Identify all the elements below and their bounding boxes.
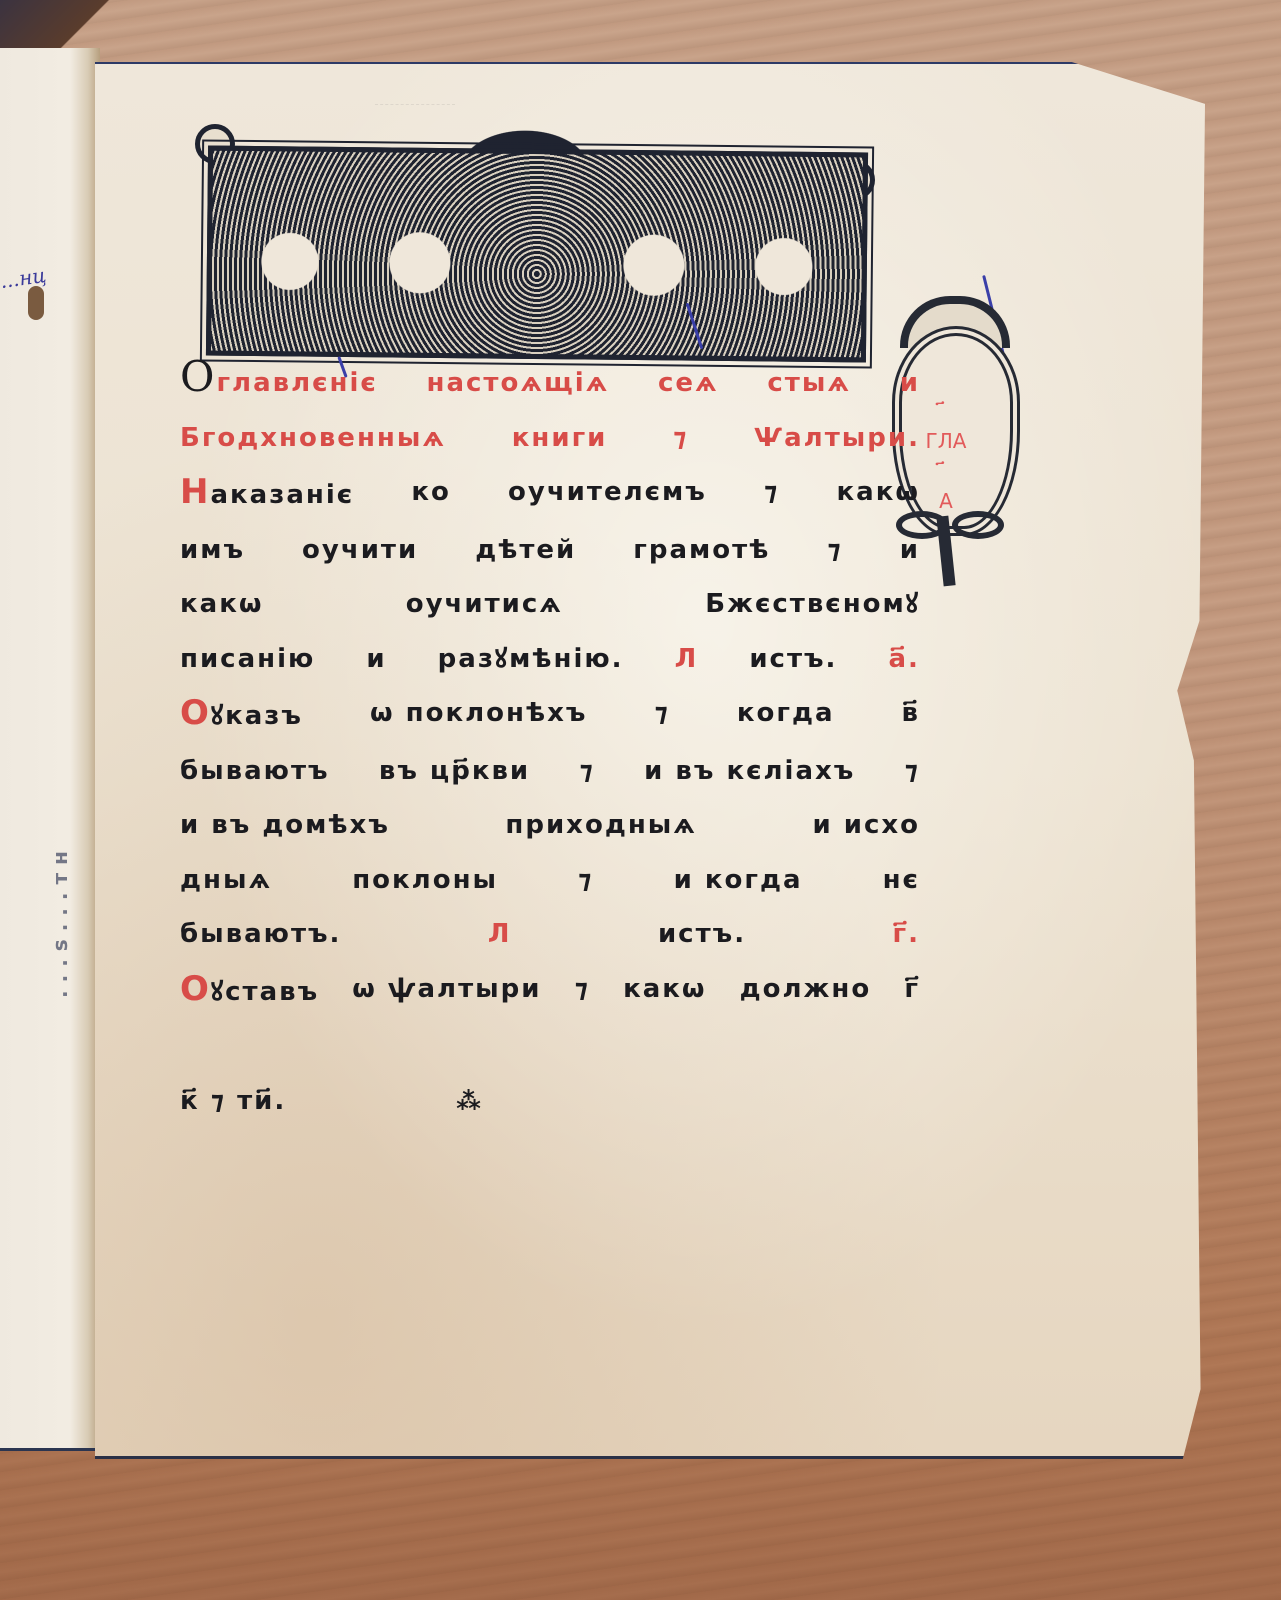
- text-word: и: [366, 632, 386, 687]
- text-word: Ѱалтыри.: [754, 411, 920, 466]
- text-word: когда: [737, 686, 835, 744]
- text-word: разꙋмѣнію.: [438, 632, 624, 687]
- text-word: книги: [512, 411, 608, 466]
- word-with-initial: Оꙋставъ: [180, 962, 319, 1020]
- text-word: бываютъ.: [180, 907, 341, 962]
- text-word: сеѧ: [658, 356, 719, 411]
- text-word: ⁊: [764, 465, 779, 523]
- text-word: и исхо: [812, 798, 920, 853]
- text-word: О: [180, 357, 216, 397]
- text-line: дныѧпоклоны⁊и когданє: [180, 853, 920, 908]
- text-word: ѡ ѱалтыри: [352, 962, 541, 1020]
- text-word: истъ.: [658, 907, 746, 962]
- text-word: ⁊: [673, 411, 688, 466]
- text-word: Бжєствєномꙋ: [705, 577, 920, 632]
- text-word: какѡ: [623, 962, 706, 1020]
- text-word: Бгодхновенныѧ: [180, 411, 446, 466]
- text-word: имъ: [180, 523, 245, 578]
- text-word: ⁊: [827, 523, 842, 578]
- word-with-initial: Оꙋказъ: [180, 686, 303, 744]
- text-line: Оглавлєнієнастоѧщіѧсеѧстыѧи: [180, 356, 920, 411]
- text-word: и когда: [674, 853, 803, 908]
- text-word: оучитисѧ: [406, 577, 563, 632]
- text-word: ⁊: [654, 686, 669, 744]
- text-word: ⁊: [575, 962, 590, 1020]
- text-word: Л: [675, 632, 699, 687]
- text-word: Л: [488, 907, 512, 962]
- text-word: оучити: [302, 523, 418, 578]
- text-word: въ цр҃кви: [379, 744, 530, 799]
- text-word: стыѧ: [767, 356, 851, 411]
- text-word: и: [900, 356, 920, 411]
- text-word: дныѧ: [180, 853, 272, 908]
- text-word: Н: [180, 465, 210, 520]
- text-word: поклоны: [352, 853, 498, 908]
- text-line: и въ домѣхъприходныѧи исхо: [180, 798, 920, 853]
- text-word: ⁂: [456, 1074, 481, 1129]
- floral-headpiece-ornament: [206, 146, 868, 363]
- text-word: настоѧщіѧ: [427, 356, 610, 411]
- text-word: г҃: [904, 962, 920, 1020]
- text-word: ⁊: [578, 853, 593, 908]
- text-line: имъоучитидѣтейграмотѣ⁊и: [180, 523, 920, 578]
- table-of-contents-text: ОглавлєнієнастоѧщіѧсеѧстыѧиБгодхновенныѧ…: [180, 356, 920, 1128]
- text-line: Оꙋказъѡ поклонѣхъ⁊когдав҃: [180, 686, 920, 744]
- text-word: к҃ ⁊ ти҃.: [180, 1074, 286, 1129]
- text-line: бываютъвъ цр҃кви⁊и въ кєліахъ⁊: [180, 744, 920, 799]
- text-word: какѡ: [180, 577, 263, 632]
- text-word: аказаніє: [210, 468, 354, 523]
- text-line: бываютъ.Листъ.г҃.: [180, 907, 920, 962]
- text-word: главлєніє: [216, 356, 377, 411]
- text-word: какѡ: [837, 465, 920, 523]
- text-word: нє: [883, 853, 920, 908]
- text-word: ⁊: [579, 744, 594, 799]
- text-word: ко: [411, 465, 451, 523]
- pencil-inscription: [375, 84, 455, 105]
- text-line: Наказанієкооучителємъ⁊какѡ: [180, 465, 920, 523]
- left-page-fragment: ...нц ...ѕ...тн: [0, 48, 100, 1451]
- text-word: ꙋказъ: [211, 689, 303, 744]
- text-line: писаніюиразꙋмѣнію.Листъ.а҃.: [180, 632, 920, 687]
- text-word: грамотѣ: [633, 523, 770, 578]
- book-page: ҃ ГЛА ҃ А ОглавлєнієнастоѧщіѧсеѧстыѧиБго…: [95, 62, 1205, 1459]
- text-word: писанію: [180, 632, 315, 687]
- text-word: в҃: [902, 686, 920, 744]
- text-word: оучителємъ: [508, 465, 707, 523]
- text-word: истъ.: [749, 632, 837, 687]
- text-line: какѡоучитисѧБжєствєномꙋ: [180, 577, 920, 632]
- text-word: должно: [740, 962, 872, 1020]
- text-word: а҃.: [889, 632, 920, 687]
- word-with-initial: Наказаніє: [180, 465, 354, 523]
- text-word: ⁊: [905, 744, 920, 799]
- text-word: дѣтей: [475, 523, 576, 578]
- text-word: и: [900, 523, 920, 578]
- text-word: ꙋставъ: [211, 965, 319, 1020]
- text-word: и въ кєліахъ: [644, 744, 855, 799]
- text-word: О: [180, 686, 211, 741]
- paper-hole: [28, 286, 44, 320]
- text-word: бываютъ: [180, 744, 330, 799]
- word-with-initial: Оглавлєніє: [180, 356, 378, 411]
- text-word: ѡ поклонѣхъ: [370, 686, 587, 744]
- text-line: Бгодхновенныѧкниги⁊Ѱалтыри.: [180, 411, 920, 466]
- text-word: приходныѧ: [505, 798, 697, 853]
- text-word: О: [180, 962, 211, 1017]
- text-line: [180, 1019, 920, 1074]
- text-line: к҃ ⁊ ти҃.⁂: [180, 1074, 920, 1129]
- gutter-text: ...ѕ...тн: [48, 608, 78, 998]
- text-word: и въ домѣхъ: [180, 798, 390, 853]
- text-word: г҃.: [893, 907, 920, 962]
- text-line: Оꙋставъѡ ѱалтыри⁊какѡдолжног҃: [180, 962, 920, 1020]
